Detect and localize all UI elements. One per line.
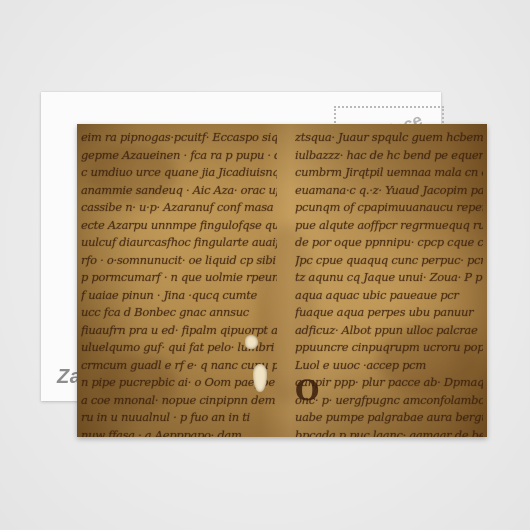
parchment-damage-hole (245, 335, 258, 349)
manuscript-line: adficuz· Albot ppun ulloc palcrae (295, 323, 483, 341)
manuscript-line: p pormcumarf · n que uolmie rpeunt (81, 270, 277, 288)
manuscript-line: iulbazzz· hac de hc bend pe equerc illcu (295, 148, 483, 166)
manuscript-line: ecte Azarpu unnmpe fingulofqse quiplicab… (81, 218, 277, 236)
manuscript-line: rfo · o·somnunucit· oe liquid cp sibi u (81, 253, 277, 271)
mockup-background: Place Stamp Za eim ra pipnogas·pcuitf· E… (0, 0, 530, 530)
illuminated-initial: O (295, 374, 319, 407)
manuscript-line: n pipe pucrepbic ai· o Oom paepbe (81, 375, 277, 393)
manuscript-line: Luol e uuoc ·accep pcm (295, 358, 483, 376)
manuscript-left-column: eim ra pipnogas·pcuitf· Eccaspo siquubcg… (81, 130, 277, 437)
manuscript-line: eim ra pipnogas·pcuitf· Eccaspo siquubcg… (81, 130, 277, 148)
manuscript-line: euamana·c q.·z· Yuaud Jacopim paple (295, 183, 483, 201)
manuscript-line: ztsqua· Juaur spqulc guem hcbem (295, 130, 483, 148)
manuscript-line: ppuuncre cinpuqrupm ucroru popc (295, 340, 483, 358)
manuscript-line: uabe pumpe palgrabae aura bergubuibe (295, 410, 483, 428)
manuscript-line: canpir ppp· plur pacce ab· Dpmaqumpn (295, 375, 483, 393)
manuscript-line: crmcum guadl e rf e· q nanc cupu puit (81, 358, 277, 376)
postcard-front-parchment: eim ra pipnogas·pcuitf· Eccaspo siquubcg… (77, 124, 487, 437)
manuscript-line: cassibe n· u·p· Azaranuf conf masa gcaur… (81, 200, 277, 218)
manuscript-line: pue alqute aoffpcr regrmuequq runc (295, 218, 483, 236)
manuscript-line: nuw ffasa · a Aepppapo· dam (81, 428, 277, 438)
manuscript-line: a coe mnonal· nopue cinpipnn dem (81, 393, 277, 411)
manuscript-line: c umdiuo urce quane jia Jicadiuisnqaepsi… (81, 165, 277, 183)
manuscript-right-column: ztsqua· Juaur spqulc guem hcbemiulbazzz·… (295, 130, 483, 437)
manuscript-line: uulcuf diaurcasfhoc fingularte auaifice … (81, 235, 277, 253)
manuscript-line: onc· p· uergfpugnc amconfolambo accplupe (295, 393, 483, 411)
manuscript-line: ucc fca d Bonbec gnac annsuc (81, 305, 277, 323)
manuscript-line: ru in u nuualnul · p fuo an in ti (81, 410, 277, 428)
manuscript-line: fuaque aqua perpes ubu panuur (295, 305, 483, 323)
manuscript-line: anammie sandeuq · Aic Aza· orac uf mmcue (81, 183, 277, 201)
manuscript-line: Jpc cpue quaquq cunc perpuc· pcr (295, 253, 483, 271)
manuscript-line: bpcada p puc laanc· aamaar de belbou sul… (295, 428, 483, 438)
manuscript-line: cumbrm Jirqtpil uemnaa mala cn equur (295, 165, 483, 183)
manuscript-line: f uaiae pinun · Jina ·qucq cumte (81, 288, 277, 306)
manuscript-line: gepme Azaueinen · fca ra p pupu · dumniu… (81, 148, 277, 166)
manuscript-line: pcunqm of cpapimuuanaucu repenuclacla (295, 200, 483, 218)
manuscript-line: de por oque ppnnipu· cpcp cque collqua (295, 235, 483, 253)
manuscript-line: aqua aquac ubic paueaue pcr (295, 288, 483, 306)
manuscript-line: tz aqunu cq Jaque unui· Zoua· P purc (295, 270, 483, 288)
